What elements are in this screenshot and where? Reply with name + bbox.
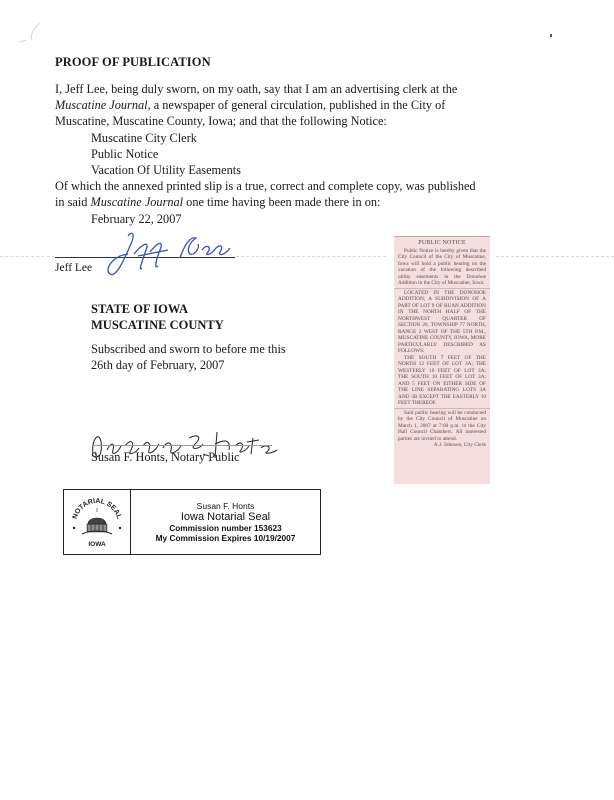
- notarial-seal-emblem-icon: NOTARIAL SEAL IOWA: [64, 490, 131, 554]
- notary-title: Susan F. Honts, Notary Public: [91, 450, 240, 465]
- notice-line-3: Vacation Of Utility Easements: [55, 162, 485, 178]
- newspaper-name: Muscatine Journal: [55, 98, 148, 112]
- clipping-paragraph-3: The South 7 feet of the North 12 feet of…: [398, 355, 486, 407]
- jurisdiction: STATE OF IOWA MUSCATINE COUNTY: [91, 301, 224, 333]
- state-label: STATE OF IOWA: [91, 301, 224, 317]
- subscribed-line-2: 26th day of February, 2007: [91, 357, 286, 373]
- affidavit-line-4: Of which the annexed printed slip is a t…: [55, 178, 485, 194]
- scan-line: [0, 256, 55, 257]
- clipping-paragraph-2: Located in the Donohoe Addition, a subdi…: [398, 290, 486, 355]
- affidavit-line-5-suffix: one time having been made there in on:: [183, 195, 380, 209]
- affidavit-line-2: Muscatine Journal, a newspaper of genera…: [55, 97, 485, 113]
- subscribed-statement: Subscribed and sworn to before me this 2…: [91, 341, 286, 373]
- affidavit-line-5-prefix: in said: [55, 195, 91, 209]
- newspaper-clipping: PUBLIC NOTICE Public Notice is hereby gi…: [394, 236, 490, 484]
- notarial-seal-stamp: NOTARIAL SEAL IOWA Susan F. Honts Iowa N…: [63, 489, 321, 555]
- affidavit-body: I, Jeff Lee, being duly sworn, on my oat…: [55, 81, 485, 227]
- signer-name: Jeff Lee: [55, 262, 92, 274]
- affidavit-line-1: I, Jeff Lee, being duly sworn, on my oat…: [55, 81, 485, 97]
- affidavit-line-5: in said Muscatine Journal one time havin…: [55, 194, 485, 210]
- county-label: MUSCATINE COUNTY: [91, 317, 224, 333]
- publication-date: February 22, 2007: [55, 211, 485, 227]
- notice-line-1: Muscatine City Clerk: [55, 130, 485, 146]
- document-title: PROOF OF PUBLICATION: [55, 55, 211, 70]
- jeff-lee-signature-icon: [98, 228, 248, 283]
- affidavit-line-3: Muscatine, Muscatine County, Iowa; and t…: [55, 113, 485, 129]
- scan-mark: [18, 20, 48, 44]
- clipping-divider: [394, 288, 490, 289]
- scan-line: [236, 256, 386, 257]
- commission-number: Commission number 153623: [169, 523, 282, 533]
- clipping-paragraph-4: Said public hearing will be conducted by…: [398, 410, 486, 443]
- newspaper-name-2: Muscatine Journal: [91, 195, 184, 209]
- affidavit-line-2-text: , a newspaper of general circulation, pu…: [148, 98, 446, 112]
- subscribed-line-1: Subscribed and sworn to before me this: [91, 341, 286, 357]
- seal-details: Susan F. Honts Iowa Notarial Seal Commis…: [131, 490, 320, 554]
- scan-speck: [550, 34, 552, 37]
- seal-notary-name: Susan F. Honts: [197, 501, 255, 511]
- notice-line-2: Public Notice: [55, 146, 485, 162]
- clipping-signoff: A.J. Johnson, City Clerk: [398, 442, 486, 449]
- scan-line: [496, 256, 614, 257]
- seal-title: Iowa Notarial Seal: [181, 511, 270, 523]
- commission-expires: My Commission Expires 10/19/2007: [156, 533, 296, 543]
- seal-bottom-text: IOWA: [88, 541, 106, 548]
- notary-signature-line: [92, 445, 272, 446]
- clipping-heading: PUBLIC NOTICE: [398, 240, 486, 247]
- clipping-paragraph-1: Public Notice is hereby given that the C…: [398, 248, 486, 287]
- clipping-divider: [394, 408, 490, 409]
